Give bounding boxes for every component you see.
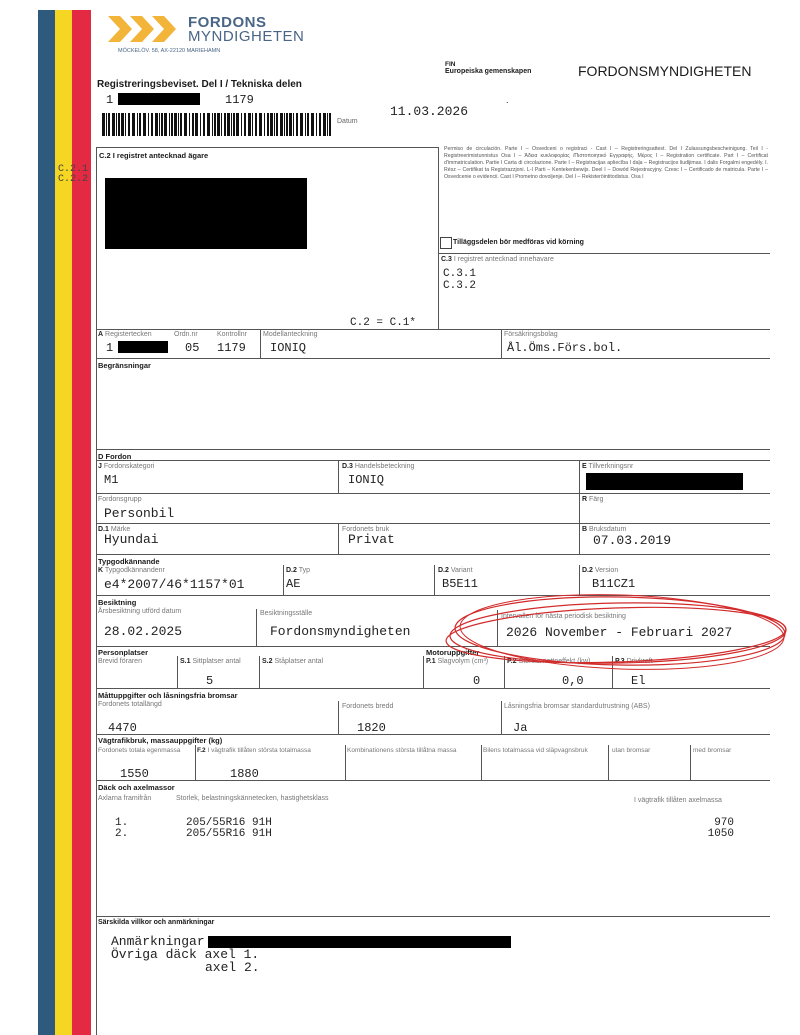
model-label: Modellanteckning	[263, 331, 317, 338]
inspection-section: Besiktning	[98, 598, 136, 607]
width-label: Fordonets bredd	[342, 703, 393, 710]
document-prefix: 1	[106, 93, 113, 107]
inspection-date-value: 28.02.2025	[104, 624, 182, 639]
ordn-value: 05	[185, 341, 199, 355]
logo: FORDONS MYNDIGHETEN MÖCKELÖV. 58, AX-221…	[108, 14, 268, 59]
owner-section-label: C.2 I registret antecknad ägare	[99, 151, 208, 160]
registration-label: A Registertecken	[98, 331, 152, 338]
margin-code-c22: C.2.2	[58, 175, 88, 185]
stamp-ellipse-icon	[440, 575, 800, 695]
axle-load-label: I vägtrafik tillåten axelmassa	[634, 797, 722, 804]
inspection-place-label: Besiktningsställe	[260, 610, 312, 617]
insurance-value: Ål.Öms.Förs.bol.	[507, 341, 622, 355]
community-label: Europeiska gemenskapen	[445, 68, 531, 75]
type-label: D.2 Typ	[286, 567, 310, 574]
barcode	[102, 113, 334, 136]
axle-order-label: Axlarna framifrån	[98, 795, 151, 802]
remarks-section: Särskilda villkor och anmärkningar	[98, 919, 214, 926]
standing-label: S.2 Ståplatser antal	[262, 658, 323, 665]
curb-mass-label: Fordonets totala egenmassa	[98, 747, 180, 754]
color-label: R Färg	[582, 496, 603, 503]
seats-value: 5	[206, 674, 213, 688]
usage-value: Privat	[348, 532, 395, 547]
mass-section: Vägtrafikbruk, massauppgifter (kg)	[98, 736, 222, 745]
inspection-date-label: Årsbesiktning utförd datum	[98, 608, 181, 615]
c2-equals-c1: C.2 = C.1*	[350, 317, 416, 329]
unbraked-label: utan bromsar	[612, 747, 650, 754]
type-approval-section: Typgodkännande	[98, 557, 160, 566]
length-value: 4470	[108, 721, 137, 735]
authority-name: FORDONSMYNDIGHETEN	[578, 63, 751, 79]
width-value: 1820	[357, 721, 386, 735]
dimensions-section: Måttuppgifter och låsningsfria bromsar	[98, 691, 238, 700]
model-value: IONIQ	[270, 341, 306, 355]
abs-label: Låsningsfria bromsar standardutrustning …	[504, 703, 650, 710]
date-label: Datum	[337, 118, 358, 125]
group-label: Fordonsgrupp	[98, 496, 142, 503]
axle-load: 1050	[708, 829, 734, 840]
logo-line2: MYNDIGHETEN	[188, 28, 304, 45]
variant-label: D.2 Variant	[438, 567, 473, 574]
remarks-line-3: axel 2.	[205, 961, 260, 974]
axle-num: 2.	[115, 829, 128, 840]
tyre-size-label: Storlek, belastningskännetecken, hastigh…	[176, 795, 329, 802]
abs-value: Ja	[513, 721, 527, 735]
registration-prefix: 1	[106, 341, 113, 355]
redacted-block	[118, 93, 200, 105]
trade-name-label: D.3 Handelsbeteckning	[342, 463, 414, 470]
beside-driver-label: Brevid föraren	[98, 658, 142, 665]
category-value: M1	[104, 473, 118, 487]
holder-line-2: C.3.2	[443, 280, 476, 292]
approval-number-value: e4*2007/46*1157*01	[104, 577, 244, 592]
braked-label: med bromsar	[693, 747, 731, 754]
combination-mass-label: Kombinationens största tillåtna massa	[347, 747, 456, 754]
logo-address: MÖCKELÖV. 58, AX-22120 MARIEHAMN	[118, 48, 220, 54]
version-label: D.2 Version	[582, 567, 618, 574]
curb-mass-value: 1550	[120, 767, 149, 781]
first-use-value: 07.03.2019	[593, 533, 671, 548]
redacted-reg	[118, 341, 168, 353]
supplement-checkbox[interactable]	[440, 237, 452, 249]
category-label: J Fordonskategori	[98, 463, 154, 470]
document-number: 1179	[225, 93, 254, 107]
trailer-mass-label: Bilens totalmassa vid släpvagnsbruk	[483, 747, 588, 754]
inspection-place-value: Fordonsmyndigheten	[270, 624, 410, 639]
redacted-owner	[105, 178, 307, 249]
vin-label: E Tillverkningsnr	[582, 463, 633, 470]
redacted-vin	[586, 473, 743, 490]
restrictions-label: Begränsningar	[98, 361, 151, 370]
type-value: AE	[286, 577, 300, 591]
supplement-label: Tilläggsdelen bör medföras vid körning	[453, 239, 584, 246]
axle-size: 205/55R16 91H	[186, 829, 272, 840]
max-mass-label: F.2 I vägtrafik tillåten största totalma…	[197, 747, 311, 754]
ordn-label: Ordn.nr	[174, 331, 198, 338]
country-code: FIN	[445, 61, 455, 68]
first-use-label: B Bruksdatum	[582, 526, 626, 533]
length-label: Fordonets totallängd	[98, 701, 162, 708]
holder-label: C.3 I registret antecknad innehavare	[441, 256, 554, 263]
trade-name-value: IONIQ	[348, 473, 384, 487]
kontroll-label: Kontrollnr	[217, 331, 247, 338]
tyres-section: Däck och axelmassor	[98, 783, 175, 792]
date-value: 11.03.2026	[390, 104, 468, 119]
seats-label: S.1 Sittplatser antal	[180, 658, 241, 665]
insurance-label: Försäkringsbolag	[504, 331, 558, 338]
multilingual-title-text: Permiso de circulación. Parte I – Osvedc…	[444, 146, 768, 181]
dot: .	[506, 95, 509, 105]
seats-section: Personplatser	[98, 648, 148, 657]
document-title: Registreringsbeviset. Del I / Tekniska d…	[97, 79, 302, 90]
holder-line-1: C.3.1	[443, 268, 476, 280]
approval-number-label: K Typgodkännandenr	[98, 567, 165, 574]
kontroll-value: 1179	[217, 341, 246, 355]
make-value: Hyundai	[104, 532, 159, 547]
group-value: Personbil	[104, 506, 174, 521]
max-mass-value: 1880	[230, 767, 259, 781]
chevron-logo-icon	[108, 16, 182, 42]
